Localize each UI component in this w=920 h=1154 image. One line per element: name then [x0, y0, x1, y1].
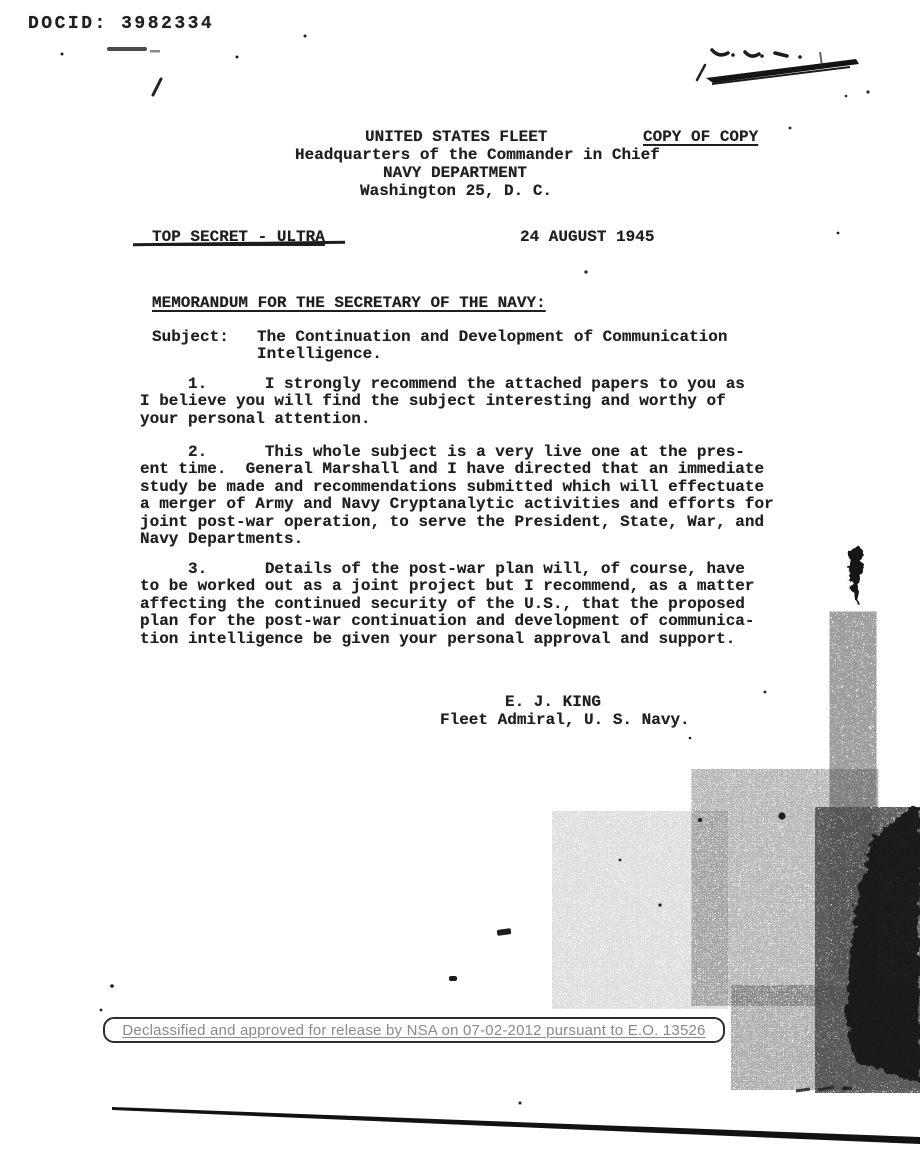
- scanned-memo-page: DOCID: 3982334 UNITED STATES FLEET COPY …: [0, 0, 920, 1154]
- paragraph-1: 1. I strongly recommend the attached pap…: [140, 376, 800, 428]
- letterhead-hq-line: Headquarters of the Commander in Chief: [295, 147, 660, 164]
- bottom-page-edge: [112, 1086, 920, 1144]
- paragraph-2: 2. This whole subject is a very live one…: [140, 444, 810, 548]
- copy-of-copy-label: COPY OF COPY: [643, 129, 758, 146]
- date-line: 24 AUGUST 1945: [520, 229, 654, 246]
- declassification-stamp: Declassified and approved for release by…: [103, 1017, 725, 1043]
- docid-smudge-marks: [107, 47, 161, 95]
- declassification-notice: Declassified and approved for release by…: [122, 1022, 705, 1039]
- signature-title: Fleet Admiral, U. S. Navy.: [440, 712, 690, 729]
- letterhead-city-line: Washington 25, D. C.: [360, 183, 552, 200]
- subject-label: Subject:: [152, 329, 229, 346]
- docid-stamp: DOCID: 3982334: [28, 14, 214, 34]
- letterhead-org-line: UNITED STATES FLEET: [365, 129, 547, 146]
- letterhead-dept-line: NAVY DEPARTMENT: [383, 165, 527, 182]
- memo-heading: MEMORANDUM FOR THE SECRETARY OF THE NAVY…: [152, 295, 546, 312]
- ink-blotch-right-margin: [849, 546, 863, 603]
- paragraph-3: 3. Details of the post-war plan will, of…: [140, 561, 810, 648]
- signature-name: E. J. KING: [505, 694, 601, 711]
- pen-scribble-top-right: [697, 50, 870, 97]
- subject-text: The Continuation and Development of Comm…: [257, 329, 727, 364]
